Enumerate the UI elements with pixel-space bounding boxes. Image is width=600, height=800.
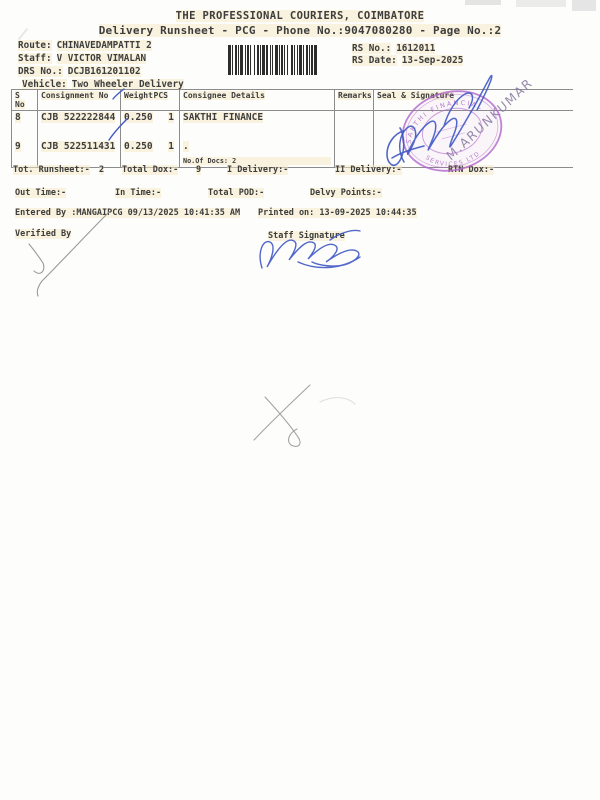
out-time-label: Out Time:- [15,188,66,198]
scan-artifact [516,0,566,7]
page-subtitle: Delivery Runsheet - PCG - Phone No.:9047… [0,24,600,37]
row8-consignee: SAKTHI FINANCE [180,111,335,141]
drs-label: DRS No.: [18,66,63,77]
delivery2-label: II Delivery:- [335,165,402,175]
printed-on-line: Printed on: 13-09-2025 10:44:35 [258,208,417,218]
route-value: CHINAVEDAMPATTI 2 [57,40,152,51]
table-row: 9 CJB 522511431 0.2501 .No.Of Docs: 2 [12,140,573,168]
staff-value: V VICTOR VIMALAN [57,53,147,64]
row9-consignment: CJB 522511431 [38,140,121,168]
delvy-points-label: Delvy Points:- [310,188,382,198]
scan-artifact [465,0,501,5]
row9-consignee: .No.Of Docs: 2 [180,140,335,168]
total-dox-label: Total Dox:- [122,165,178,175]
entered-by-line: Entered By :MANGAIPCG 09/13/2025 10:41:3… [15,208,240,218]
drs-value: DCJB161201102 [68,66,141,77]
staff-line: Staff:V VICTOR VIMALAN [18,53,146,64]
in-time-label: In Time:- [115,188,161,198]
total-runsheet-value: 2 [99,165,104,175]
rs-date-line: RS Date:13-Sep-2025 [352,55,463,66]
header-seal: Seal & Signature [374,90,573,111]
rs-no-line: RS No.:1612011 [352,43,435,54]
route-line: Route:CHINAVEDAMPATTI 2 [18,40,152,51]
row8-sno: 8 [12,111,38,141]
drs-line: DRS No.:DCJB161201102 [18,66,141,77]
route-label: Route: [18,40,52,51]
rs-date-label: RS Date: [352,55,397,66]
header-consignee: Consignee Details [180,90,335,111]
rtn-dox-label: RTN Dox:- [448,165,494,175]
header-weight-pcs: WeightPCS [121,90,180,111]
delivery1-label: I Delivery:- [227,165,288,175]
header-remarks: Remarks [335,90,374,111]
docs-note: No.Of Docs: 2 [183,157,331,165]
document-page: THE PROFESSIONAL COURIERS, COIMBATORE De… [0,0,600,800]
row9-sno: 9 [12,140,38,168]
barcode [228,45,348,75]
total-dox-value: 9 [196,165,201,175]
row8-consignment: CJB 522222844 [38,111,121,141]
row8-weight-pcs: 0.2501 [121,111,180,141]
total-runsheet-label: Tot. Runsheet:- [13,165,90,175]
x-mark-pencil [254,385,355,446]
staff-signature-label: Staff Signature [268,231,345,241]
row8-remarks [335,111,374,141]
verified-by-label: Verified By [15,229,71,239]
staff-label: Staff: [18,53,52,64]
header-consignment: Consignment No [38,90,121,111]
header-sno: S No [12,90,38,111]
rs-date-value: 13-Sep-2025 [402,55,464,66]
row9-remarks [335,140,374,168]
total-pod-label: Total POD:- [208,188,264,198]
rs-no-label: RS No.: [352,43,391,54]
table-header-row: S No Consignment No WeightPCS Consignee … [12,90,573,111]
verified-checkmark-pencil [29,212,109,296]
row9-weight-pcs: 0.2501 [121,140,180,168]
rs-no-value: 1612011 [396,43,435,54]
page-title: THE PROFESSIONAL COURIERS, COIMBATORE [0,10,600,22]
